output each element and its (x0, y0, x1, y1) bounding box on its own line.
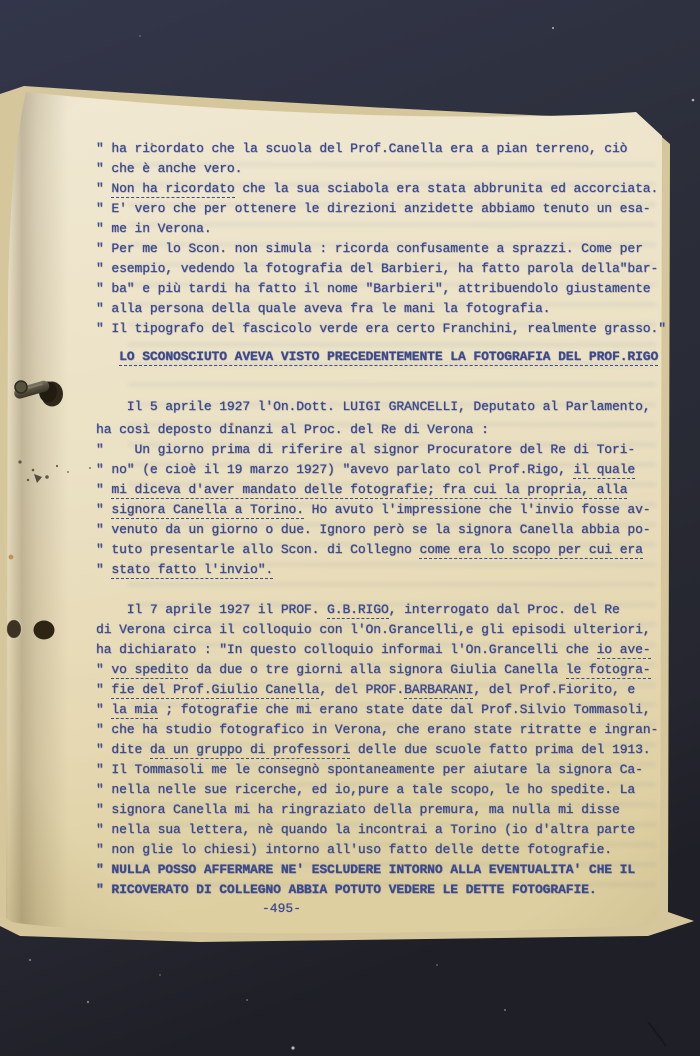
text-line: " dite da un gruppo di professori delle … (96, 740, 671, 760)
text-line: ha dichiarato : "In questo colloquio inf… (96, 640, 671, 660)
text-line: " fie del Prof.Giulio Canella, del PROF.… (96, 680, 671, 700)
page-number: -495- (262, 899, 301, 919)
text-line: Il 5 aprile 1927 l'On.Dott. LUIGI GRANCE… (96, 397, 671, 417)
text-line: " la mia ; fotografie che mi erano state… (96, 700, 671, 720)
text-line: " ha ricordato che la scuola del Prof.Ca… (96, 139, 671, 159)
text-line: " stato fatto l'invio". (96, 560, 671, 580)
text-line: " RICOVERATO DI COLLEGNO ABBIA POTUTO VE… (96, 880, 671, 900)
punch-hole-small (7, 620, 22, 639)
text-line: " che è anche vero. (96, 159, 671, 179)
text-line: " che ha studio fotografico in Verona, c… (96, 720, 671, 740)
text-line: LO SCONOSCIUTO AVEVA VISTO PRECEDENTEMEN… (96, 347, 671, 367)
text-line: " alla persona della quale aveva fra le … (96, 299, 671, 319)
typed-text: " ha ricordato che la scuola del Prof.Ca… (96, 139, 671, 900)
text-line: " vo spedito da due o tre giorni alla si… (96, 660, 671, 680)
text-line: " signora Canella mi ha ringraziato dell… (96, 800, 671, 820)
text-line: " no" (e cioè il 19 marzo 1927) "avevo p… (96, 460, 671, 480)
text-line: " mi diceva d'aver mandato delle fotogra… (96, 480, 671, 500)
photo-of-typewritten-page: " ha ricordato che la scuola del Prof.Ca… (0, 0, 700, 1056)
text-line: " NULLA POSSO AFFERMARE NE' ESCLUDERE IN… (96, 860, 671, 880)
text-line: " me in Verona. (96, 219, 671, 239)
text-line: " Il Tommasoli me le consegnò spontaneam… (96, 760, 671, 780)
text-line: ha così deposto dinanzi al Proc. del Re … (96, 420, 671, 440)
text-line: " nella sua lettera, nè quando la incont… (96, 820, 671, 840)
punch-hole-large (34, 621, 55, 640)
text-line: " nella nelle sue ricerche, ed io,pure a… (96, 780, 671, 800)
text-line: " signora Canella a Torino. Ho avuto l'i… (96, 500, 671, 520)
text-line: " Non ha ricordato che la sua sciabola e… (96, 179, 671, 199)
text-line: " tuto presentarle allo Scon. di Collegn… (96, 540, 671, 560)
text-line: " esempio, vedendo la fotografia del Bar… (96, 259, 671, 279)
text-line: " ba" e più tardi ha fatto il nome "Barb… (96, 279, 671, 299)
text-line: " venuto da un giorno o due. Ignoro però… (96, 520, 671, 540)
text-line: " Un giorno prima di riferire al signor … (96, 440, 671, 460)
text-line: Il 7 aprile 1927 il PROF. G.B.RIGO, inte… (96, 600, 671, 620)
text-line: " non glie lo chiesi) intorno all'uso fa… (96, 840, 671, 860)
text-line: " Il tipografo del fascicolo verde era c… (96, 319, 671, 339)
text-line: " Per me lo Scon. non simula : ricorda c… (96, 239, 671, 259)
text-line: " E' vero che per ottenere le direzioni … (96, 199, 671, 219)
text-line: di Verona circa il colloquio con l'On.Gr… (96, 620, 671, 640)
